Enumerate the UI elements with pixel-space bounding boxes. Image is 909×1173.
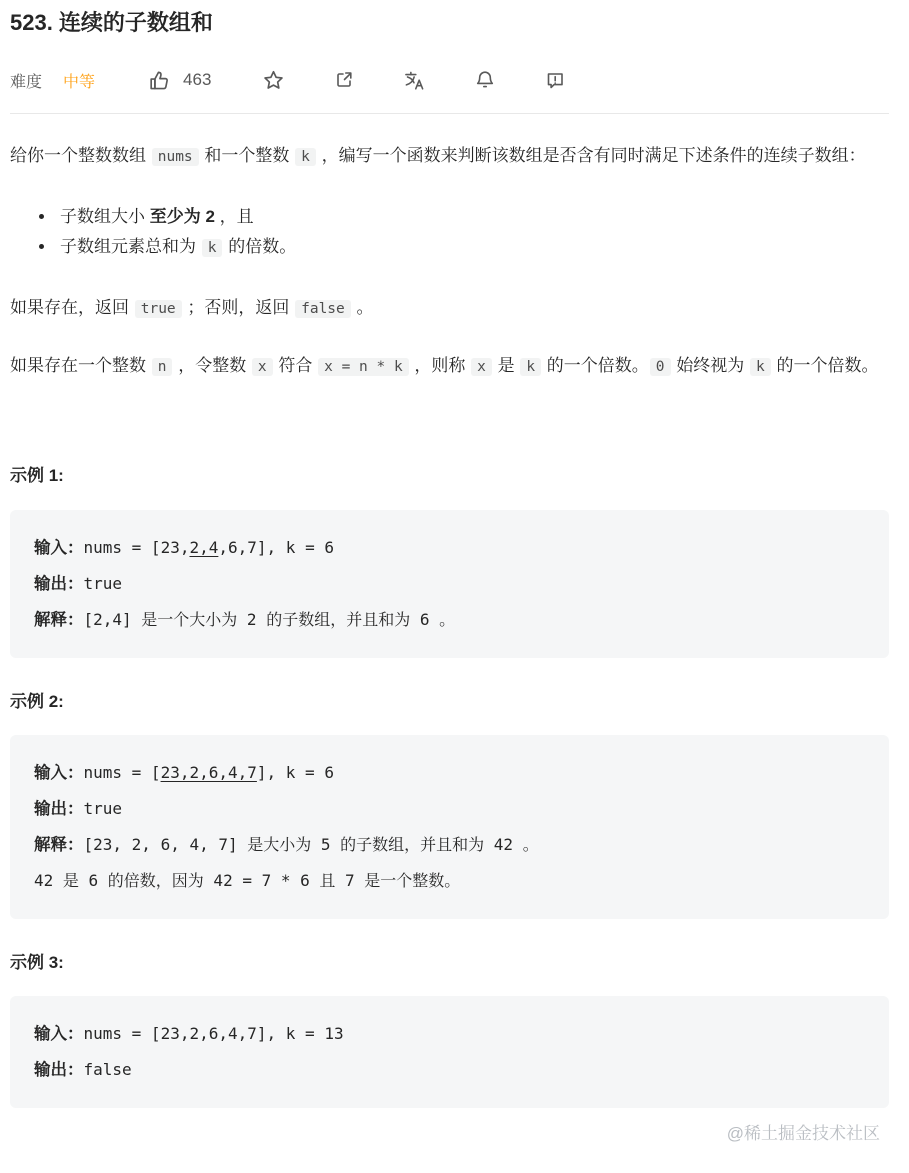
- description-paragraph-1: 给你一个整数数组 nums 和一个整数 k ，编写一个函数来判断该数组是否含有同…: [10, 141, 889, 172]
- difficulty-badge: 中等: [63, 69, 95, 92]
- example-3-block: 输入：nums = [23,2,6,4,7], k = 13输出：false: [10, 996, 889, 1108]
- example-2-heading: 示例 2:: [10, 689, 889, 715]
- like-count: 463: [183, 70, 211, 90]
- example-1-heading: 示例 1:: [10, 463, 889, 489]
- condition-list: 子数组大小 至少为 2 ，且 子数组元素总和为 k 的倍数。: [10, 202, 889, 263]
- problem-page: 523. 连续的子数组和 难度 中等 463: [0, 0, 909, 1108]
- example-1-output: 输出：true: [34, 566, 865, 602]
- example-1-explanation: 解释：[2,4] 是一个大小为 2 的子数组，并且和为 6 。: [34, 602, 865, 638]
- like-button[interactable]: 463: [147, 68, 211, 93]
- example-2-output: 输出：true: [34, 791, 865, 827]
- share-icon: [332, 68, 356, 92]
- example-2-block: 输入：nums = [23,2,6,4,7], k = 6输出：true解释：[…: [10, 735, 889, 919]
- feedback-button[interactable]: [543, 68, 567, 92]
- bell-icon: [473, 68, 497, 92]
- star-button[interactable]: [261, 68, 286, 93]
- example-2-explanation: 解释：[23, 2, 6, 4, 7] 是大小为 5 的子数组，并且和为 42 …: [34, 827, 865, 863]
- example-2-explanation-2: 42 是 6 的倍数，因为 42 = 7 * 6 且 7 是一个整数。: [34, 863, 865, 899]
- condition-item-2: 子数组元素总和为 k 的倍数。: [56, 232, 889, 263]
- thumbs-up-icon: [147, 68, 172, 93]
- condition-item-1: 子数组大小 至少为 2 ，且: [56, 202, 889, 232]
- feedback-icon: [543, 68, 567, 92]
- star-icon: [261, 68, 286, 93]
- page-title: 523. 连续的子数组和: [10, 8, 889, 38]
- description-paragraph-2: 如果存在，返回 true ；否则，返回 false 。: [10, 293, 889, 324]
- example-3-input: 输入：nums = [23,2,6,4,7], k = 13: [34, 1016, 865, 1052]
- example-1-block: 输入：nums = [23,2,4,6,7], k = 6输出：true解释：[…: [10, 510, 889, 658]
- example-3-heading: 示例 3:: [10, 950, 889, 976]
- share-button[interactable]: [332, 68, 356, 92]
- watermark: @稀土掘金技术社区: [727, 1119, 880, 1144]
- example-1-input: 输入：nums = [23,2,4,6,7], k = 6: [34, 530, 865, 566]
- notifications-button[interactable]: [473, 68, 497, 92]
- meta-row: 难度 中等 463: [10, 62, 889, 98]
- translate-icon: [402, 68, 427, 93]
- translate-button[interactable]: [402, 68, 427, 93]
- difficulty-label: 难度: [10, 69, 42, 92]
- description-paragraph-3: 如果存在一个整数 n ，令整数 x 符合 x = n * k ，则称 x 是 k…: [10, 351, 889, 382]
- example-2-input: 输入：nums = [23,2,6,4,7], k = 6: [34, 755, 865, 791]
- example-3-output: 输出：false: [34, 1052, 865, 1088]
- divider: [10, 113, 889, 114]
